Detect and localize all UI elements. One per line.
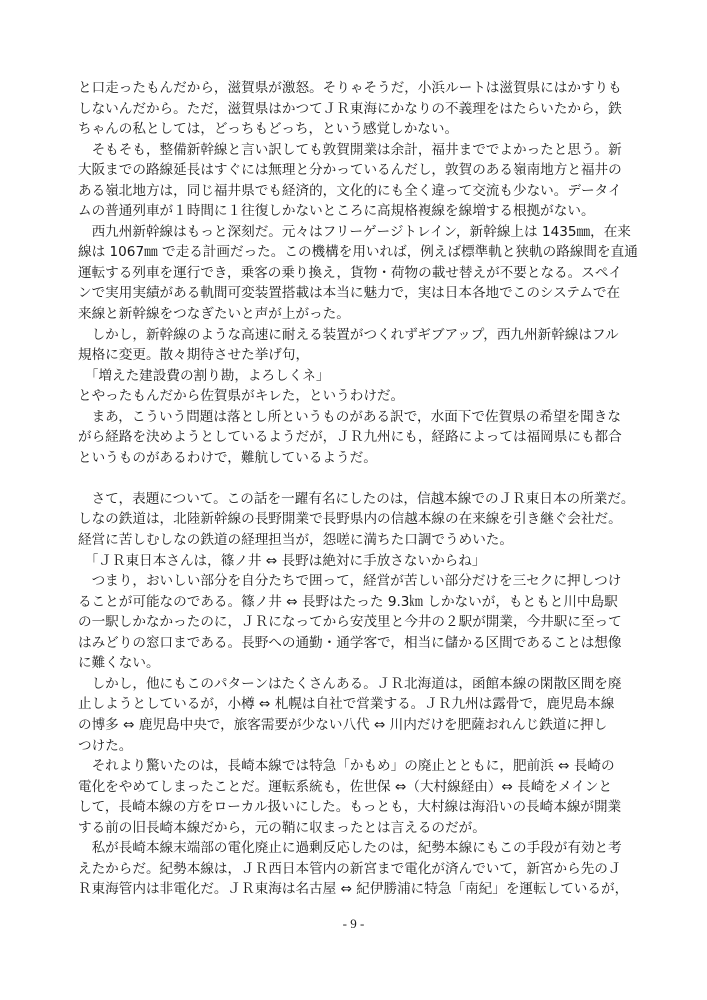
page-number: - 9 - (0, 916, 707, 932)
text-line: 「増えた建設費の割り勘，よろしくネ」 (78, 366, 634, 387)
text-line: しかし，他にもこのパターンはたくさんある。ＪＲ北海道は，函館本線の閑散区間を廃 (78, 674, 634, 695)
text-line: 運転する列車を運行でき，乗客の乗り換え，貨物・荷物の載せ替えが不要となる。スペイ (78, 263, 634, 284)
text-line: の博多 ⇔ 鹿児島中央で，旅客需要が少ない八代 ⇔ 川内だけを肥薩おれんじ鉄道に… (78, 715, 634, 736)
text-line: そもそも，整備新幹線と言い訳しても敦賀開業は余計，福井まででよかったと思う。新 (78, 140, 634, 161)
text-line: まあ，こういう問題は落とし所というものがある訳で，水面下で佐賀県の希望を聞きな (78, 407, 634, 428)
text-line: ある嶺北地方は，同じ福井県でも経済的，文化的にも全く違って交流も少ない。データイ (78, 181, 634, 202)
text-line: 西九州新幹線はもっと深刻だ。元々はフリーゲージトレイン，新幹線上は 1435㎜，… (78, 222, 634, 243)
text-line: ムの普通列車が１時間に１往復しかないところに高規格複線を線増する根拠がない。 (78, 201, 634, 222)
text-line: つまり，おいしい部分を自分たちで囲って，経営が苦しい部分だけを三セクに押しつけ (78, 571, 634, 592)
text-line: しかし，新幹線のような高速に耐える装置がつくれずギブアップ，西九州新幹線はフル (78, 325, 634, 346)
text-line: ることが可能なのである。篠ノ井 ⇔ 長野はたった 9.3㎞ しかないが，もともと… (78, 592, 634, 613)
text-line: に難くない。 (78, 653, 634, 674)
text-line: しないんだから。ただ，滋賀県はかつてＪＲ東海にかなりの不義理をはたらいたから，鉄 (78, 99, 634, 120)
text-line: さて，表題について。この話を一躍有名にしたのは，信越本線でのＪＲ東日本の所業だ。 (78, 489, 634, 510)
text-line: する前の旧長崎本線だから，元の鞘に収まったとは言えるのだが。 (78, 818, 634, 839)
text-line: しなの鉄道は，北陸新幹線の長野開業で長野県内の信越本線の在来線を引き継ぐ会社だ。 (78, 509, 634, 530)
text-line: ンで実用実績がある軌間可変装置搭載は本当に魅力で，実は日本各地でこのシステムで在 (78, 283, 634, 304)
text-line: ちゃんの私としては，どっちもどっち，という感覚しかない。 (78, 119, 634, 140)
text-line: 止しようとしているが，小樽 ⇔ 札幌は自社で営業する。ＪＲ九州は露骨で，鹿児島本… (78, 694, 634, 715)
text-line: がら経路を決めようとしているようだが，ＪＲ九州にも，経路によっては福岡県にも都合 (78, 427, 634, 448)
text-line: の一駅しかなかったのに，ＪＲになってから安茂里と今井の２駅が開業，今井駅に至って (78, 612, 634, 633)
text-line: 来線と新幹線をつなぎたいと声が上がった。 (78, 304, 634, 325)
text-line: はみどりの窓口まである。長野への通勤・通学客で，相当に儲かる区間であることは想像 (78, 633, 634, 654)
text-line: というものがあるわけで，難航しているようだ。 (78, 448, 634, 469)
text-line: して，長崎本線の方をローカル扱いにした。もっとも，大村線は海沿いの長崎本線が開業 (78, 797, 634, 818)
text-line: 「ＪＲ東日本さんは，篠ノ井 ⇔ 長野は絶対に手放さないからね」 (78, 551, 634, 572)
document-page: と口走ったもんだから，滋賀県が激怒。そりゃそうだ，小浜ルートは滋賀県にはかすりも… (0, 0, 707, 1000)
text-line: 大阪までの路線延長はすぐには無理と分かっているんだし，敦賀のある嶺南地方と福井の (78, 160, 634, 181)
text-line: 規格に変更。散々期待させた挙げ句， (78, 345, 634, 366)
body-text: と口走ったもんだから，滋賀県が激怒。そりゃそうだ，小浜ルートは滋賀県にはかすりも… (78, 78, 634, 900)
text-line: 経営に苦しむしなの鉄道の経理担当が，怨嗟に満ちた口調でうめいた。 (78, 530, 634, 551)
text-line: と口走ったもんだから，滋賀県が激怒。そりゃそうだ，小浜ルートは滋賀県にはかすりも (78, 78, 634, 99)
text-line: 線は 1067㎜ で走る計画だった。この機構を用いれば，例えば標準軌と狭軌の路線… (78, 242, 634, 263)
text-line: つけた。 (78, 736, 634, 757)
text-line: とやったもんだから佐賀県がキレた，というわけだ。 (78, 386, 634, 407)
text-line: えたからだ。紀勢本線は，ＪＲ西日本管内の新宮まで電化が済んでいて，新宮から先のＪ (78, 859, 634, 880)
text-line (78, 468, 634, 489)
text-line: Ｒ東海管内は非電化だ。ＪＲ東海は名古屋 ⇔ 紀伊勝浦に特急「南紀」を運転している… (78, 879, 634, 900)
text-line: 私が長崎本線末端部の電化廃止に過剰反応したのは，紀勢本線にもこの手段が有効と考 (78, 838, 634, 859)
text-line: それより驚いたのは，長崎本線では特急「かもめ」の廃止とともに，肥前浜 ⇔ 長崎の (78, 756, 634, 777)
text-line: 電化をやめてしまったことだ。運転系統も，佐世保 ⇔（大村線経由）⇔ 長崎をメイン… (78, 777, 634, 798)
